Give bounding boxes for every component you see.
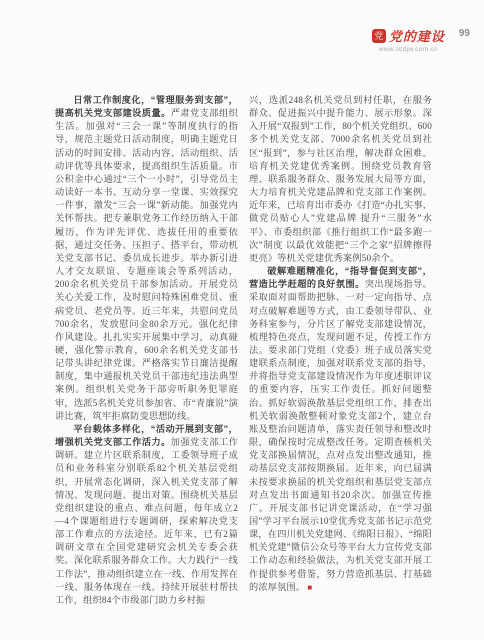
magazine-page: 党 党的建设 www.scdjw.com.cn 99 日常工作制度化，“管理服务…	[0, 0, 484, 640]
paragraph: 日常工作制度化，“管理服务到支部”，提高机关党支部建设质量。严肃党支部组织生活。…	[55, 94, 238, 423]
page-header: 党 党的建设 www.scdjw.com.cn 99	[372, 26, 470, 53]
paragraph-text: 加强党支部工作调研。建立片区联系制度，工委领导班子成员和业务科室分别联系82个机…	[55, 437, 238, 605]
seal-icon: 党	[372, 29, 386, 43]
website-url: www.scdjw.com.cn	[379, 46, 438, 53]
article-body: 日常工作制度化，“管理服务到支部”，提高机关党支部建设质量。严肃党支部组织生活。…	[55, 94, 432, 607]
column-right: 兴，选派248名机关党员到村任职，在服务群众、促进振兴中提升能力、展示形象。深入…	[249, 94, 432, 607]
paragraph-text: 严肃党支部组织生活。加强对“三会一课”等制度执行的指导，规范主题党日活动制度，明…	[55, 108, 238, 421]
column-left: 日常工作制度化，“管理服务到支部”，提高机关党支部建设质量。严肃党支部组织生活。…	[55, 94, 238, 607]
magazine-logo: 党 党的建设 www.scdjw.com.cn	[372, 26, 445, 53]
paragraph-text: 突出现场指导。采取面对面帮助把脉、一对一定向指导、点对点破解难题等方式，由工委领…	[249, 279, 432, 592]
paragraph-continuation: 兴，选派248名机关党员到村任职，在服务群众、促进振兴中提升能力、展示形象。深入…	[249, 94, 432, 265]
page-number: 99	[459, 28, 470, 39]
article-end-icon: ■	[307, 583, 312, 592]
paragraph: 破解难题精准化，“指导督促到支部”，营造比学赶超的良好氛围。突出现场指导。采取面…	[249, 265, 432, 594]
paragraph: 平台载体多样化，“活动开展到支部”，增强机关党支部工作活力。加强党支部工作调研。…	[55, 423, 238, 607]
magazine-title: 党的建设	[389, 26, 445, 45]
paragraph-text: 兴，选派248名机关党员到村任职，在服务群众、促进振兴中提升能力、展示形象。深入…	[249, 95, 432, 263]
